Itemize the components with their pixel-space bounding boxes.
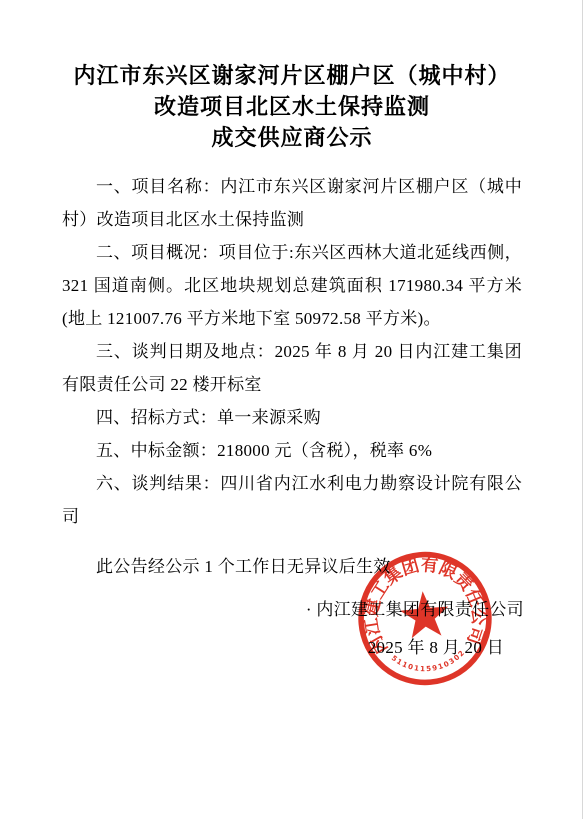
title-line-1: 内江市东兴区谢家河片区棚户区（城中村） xyxy=(62,60,522,91)
paragraph-bidding-method: 四、招标方式：单一来源采购 xyxy=(62,401,522,434)
document-title: 内江市东兴区谢家河片区棚户区（城中村） 改造项目北区水土保持监测 成交供应商公示 xyxy=(62,60,522,153)
title-line-3: 成交供应商公示 xyxy=(62,122,522,153)
document-content: 内江市东兴区谢家河片区棚户区（城中村） 改造项目北区水土保持监测 成交供应商公示… xyxy=(62,60,522,664)
effective-note: 此公告经公示 1 个工作日无异议后生效 xyxy=(62,550,522,583)
signature-date: 2025 年 8 月 20 日 xyxy=(62,631,504,664)
paragraph-negotiation-date-place: 三、谈判日期及地点：2025 年 8 月 20 日内江建工集团有限责任公司 22… xyxy=(62,335,522,401)
paragraph-negotiation-result: 六、谈判结果：四川省内江水利电力勘察设计院有限公司 xyxy=(62,467,522,533)
document-body: 一、项目名称：内江市东兴区谢家河片区棚户区（城中村）改造项目北区水土保持监测 二… xyxy=(62,170,522,664)
paragraph-project-name: 一、项目名称：内江市东兴区谢家河片区棚户区（城中村）改造项目北区水土保持监测 xyxy=(62,170,522,236)
paragraph-project-overview: 二、项目概况：项目位于:东兴区西林大道北延线西侧，321 国道南侧。北区地块规划… xyxy=(62,236,522,335)
signature-block: · 内江建工集团有限责任公司 2025 年 8 月 20 日 xyxy=(62,593,522,664)
signature-company: · 内江建工集团有限责任公司 xyxy=(62,593,524,626)
document-page: 内江市东兴区谢家河片区棚户区（城中村） 改造项目北区水土保持监测 成交供应商公示… xyxy=(0,0,583,819)
title-line-2: 改造项目北区水土保持监测 xyxy=(62,91,522,122)
paragraph-award-amount: 五、中标金额：218000 元（含税），税率 6% xyxy=(62,434,522,467)
